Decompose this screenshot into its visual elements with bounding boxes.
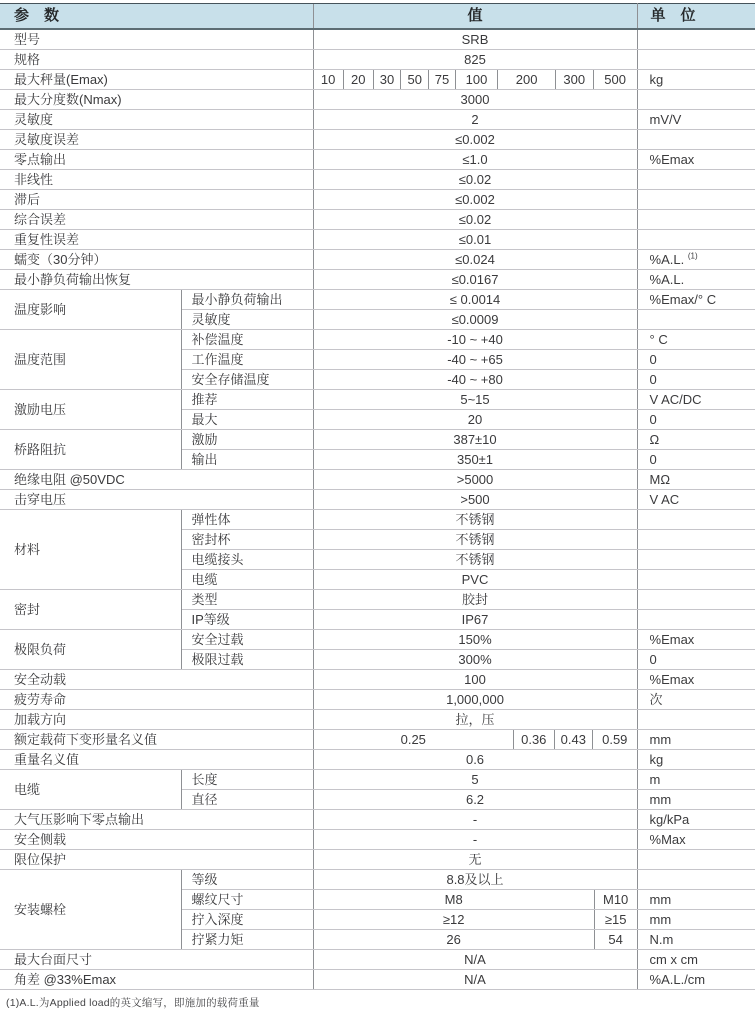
value-cell: ≤1.0 — [313, 150, 637, 170]
deflection-cells: 0.25 0.36 0.43 0.59 — [314, 730, 637, 749]
spec-row: 综合误差≤0.02 — [0, 210, 755, 230]
value-cell: - — [313, 830, 637, 850]
unit-cell: mm — [637, 910, 755, 930]
subparam-cell: IP等级 — [181, 610, 313, 630]
value-subcell: 0.25 — [314, 730, 514, 749]
value-subcell: M10 — [594, 890, 637, 909]
subparam-cell: 极限过载 — [181, 650, 313, 670]
spec-row: 安全侧载-%Max — [0, 830, 755, 850]
unit-cell: %A.L. (1) — [637, 250, 755, 270]
subparam-cell: 密封杯 — [181, 530, 313, 550]
value-subcell: 0.36 — [513, 730, 554, 749]
value-cell: ≤0.0167 — [313, 270, 637, 290]
subparam-cell: 补偿温度 — [181, 330, 313, 350]
unit-cell: mm — [637, 790, 755, 810]
unit-cell — [637, 170, 755, 190]
value-cell: 不锈钢 — [313, 530, 637, 550]
value-cell: ≤0.002 — [313, 130, 637, 150]
spec-row: 桥路阻抗激励387±10Ω — [0, 430, 755, 450]
value-subcell: 0.59 — [592, 730, 636, 749]
group-cell: 电缆 — [0, 770, 181, 810]
value-cell: 0.6 — [313, 750, 637, 770]
unit-cell: kg — [637, 70, 755, 90]
value-cell: >5000 — [313, 470, 637, 490]
spec-row: 额定载荷下变形量名义值 0.25 0.36 0.43 0.59 mm — [0, 730, 755, 750]
unit-cell — [637, 310, 755, 330]
spec-row: 滞后≤0.002 — [0, 190, 755, 210]
unit-cell — [637, 210, 755, 230]
group-cell: 密封 — [0, 590, 181, 630]
value-cell: - — [313, 810, 637, 830]
spec-row: 重量名义值0.6kg — [0, 750, 755, 770]
spec-row: 密封类型胶封 — [0, 590, 755, 610]
bolt-torque-cells: 26 54 — [314, 930, 637, 949]
unit-cell: m — [637, 770, 755, 790]
unit-cell — [637, 50, 755, 70]
subparam-cell: 灵敏度 — [181, 310, 313, 330]
value-subcell: 300 — [555, 70, 593, 89]
unit-cell: mm — [637, 730, 755, 750]
unit-cell: Ω — [637, 430, 755, 450]
value-subcell: 100 — [455, 70, 498, 89]
value-cell: 0.25 0.36 0.43 0.59 — [313, 730, 637, 750]
value-cell: 8.8及以上 — [313, 870, 637, 890]
spec-row: 温度范围补偿温度-10 ~ +40° C — [0, 330, 755, 350]
subparam-cell: 电缆接头 — [181, 550, 313, 570]
value-cell: IP67 — [313, 610, 637, 630]
unit-cell: cm x cm — [637, 950, 755, 970]
spec-row: 绝缘电阻 @50VDC>5000MΩ — [0, 470, 755, 490]
param-cell: 蠕变（30分钟） — [0, 250, 313, 270]
spec-row: 最大台面尺寸N/Acm x cm — [0, 950, 755, 970]
param-cell: 最小静负荷输出恢复 — [0, 270, 313, 290]
spec-row: 角差 @33%EmaxN/A%A.L./cm — [0, 970, 755, 990]
param-cell: 重量名义值 — [0, 750, 313, 770]
unit-cell: %A.L. — [637, 270, 755, 290]
param-cell: 绝缘电阻 @50VDC — [0, 470, 313, 490]
unit-text: %A.L. — [650, 252, 685, 267]
spec-row: 疲劳寿命1,000,000次 — [0, 690, 755, 710]
value-subcell: ≥12 — [314, 910, 594, 929]
spec-sheet-page: 参 数 值 单 位 型号SRB 规格825 最大秤量(Emax) 10 20 3… — [0, 0, 755, 1010]
value-cell: 825 — [313, 50, 637, 70]
value-cell: 26 54 — [313, 930, 637, 950]
param-cell: 安全侧载 — [0, 830, 313, 850]
group-cell: 温度范围 — [0, 330, 181, 390]
param-cell: 灵敏度误差 — [0, 130, 313, 150]
param-cell: 限位保护 — [0, 850, 313, 870]
header-param: 参 数 — [0, 4, 313, 30]
unit-cell: %Max — [637, 830, 755, 850]
param-cell: 疲劳寿命 — [0, 690, 313, 710]
spec-row: 温度影响最小静负荷输出≤ 0.0014%Emax/° C — [0, 290, 755, 310]
value-cell: PVC — [313, 570, 637, 590]
subparam-cell: 安全存储温度 — [181, 370, 313, 390]
value-subcell: 200 — [497, 70, 554, 89]
unit-cell: %Emax — [637, 630, 755, 650]
value-subcell: 20 — [343, 70, 373, 89]
value-cell: N/A — [313, 970, 637, 990]
value-subcell: ≥15 — [594, 910, 637, 929]
param-cell: 安全动载 — [0, 670, 313, 690]
param-cell: 零点输出 — [0, 150, 313, 170]
param-cell: 角差 @33%Emax — [0, 970, 313, 990]
param-cell: 规格 — [0, 50, 313, 70]
spec-row: 限位保护无 — [0, 850, 755, 870]
value-cell: ≤0.01 — [313, 230, 637, 250]
param-cell: 非线性 — [0, 170, 313, 190]
spec-table: 参 数 值 单 位 型号SRB 规格825 最大秤量(Emax) 10 20 3… — [0, 3, 755, 990]
subparam-cell: 长度 — [181, 770, 313, 790]
unit-cell: 次 — [637, 690, 755, 710]
value-cell: ≤0.002 — [313, 190, 637, 210]
unit-cell: N.m — [637, 930, 755, 950]
footnote: (1)A.L.为Applied load的英文缩写，即施加的载荷重量 — [0, 990, 755, 1010]
unit-cell: kg/kPa — [637, 810, 755, 830]
subparam-cell: 激励 — [181, 430, 313, 450]
value-cell: ≤0.0009 — [313, 310, 637, 330]
value-cell: ≤0.024 — [313, 250, 637, 270]
value-cell: -40 ~ +80 — [313, 370, 637, 390]
value-cell: 350±1 — [313, 450, 637, 470]
capacity-cells: 10 20 30 50 75 100 200 300 500 — [314, 70, 637, 89]
unit-cell: 0 — [637, 410, 755, 430]
unit-cell — [637, 710, 755, 730]
unit-cell — [637, 570, 755, 590]
value-cell: 387±10 — [313, 430, 637, 450]
param-cell: 型号 — [0, 29, 313, 50]
value-subcell: 500 — [593, 70, 637, 89]
value-subcell: M8 — [314, 890, 594, 909]
value-cell: SRB — [313, 29, 637, 50]
value-cell: M8 M10 — [313, 890, 637, 910]
unit-cell: %Emax/° C — [637, 290, 755, 310]
param-cell: 重复性误差 — [0, 230, 313, 250]
unit-cell: 0 — [637, 370, 755, 390]
value-subcell: 10 — [314, 70, 343, 89]
subparam-cell: 安全过载 — [181, 630, 313, 650]
value-cell: 300% — [313, 650, 637, 670]
value-cell: 100 — [313, 670, 637, 690]
unit-cell: kg — [637, 750, 755, 770]
unit-cell — [637, 610, 755, 630]
value-cell: ≤0.02 — [313, 210, 637, 230]
unit-cell: mV/V — [637, 110, 755, 130]
spec-row: 安装螺栓等级8.8及以上 — [0, 870, 755, 890]
unit-cell: %Emax — [637, 150, 755, 170]
spec-row: 极限负荷安全过载150%%Emax — [0, 630, 755, 650]
param-cell: 最大分度数(Nmax) — [0, 90, 313, 110]
value-subcell: 75 — [428, 70, 454, 89]
unit-cell: V AC/DC — [637, 390, 755, 410]
spec-row: 型号SRB — [0, 29, 755, 50]
spec-row: 最大分度数(Nmax)3000 — [0, 90, 755, 110]
value-cell: 不锈钢 — [313, 550, 637, 570]
value-cell: >500 — [313, 490, 637, 510]
unit-cell — [637, 850, 755, 870]
value-cell: 5 — [313, 770, 637, 790]
spec-row: 灵敏度误差≤0.002 — [0, 130, 755, 150]
subparam-cell: 弹性体 — [181, 510, 313, 530]
spec-row: 大气压影响下零点输出-kg/kPa — [0, 810, 755, 830]
value-cell: 5~15 — [313, 390, 637, 410]
subparam-cell: 直径 — [181, 790, 313, 810]
subparam-cell: 拧紧力矩 — [181, 930, 313, 950]
value-cell: 胶封 — [313, 590, 637, 610]
unit-cell: MΩ — [637, 470, 755, 490]
unit-cell: V AC — [637, 490, 755, 510]
unit-cell — [637, 550, 755, 570]
spec-row: 灵敏度2mV/V — [0, 110, 755, 130]
subparam-cell: 拧入深度 — [181, 910, 313, 930]
param-cell: 额定载荷下变形量名义值 — [0, 730, 313, 750]
bolt-depth-cells: ≥12 ≥15 — [314, 910, 637, 929]
unit-cell: ° C — [637, 330, 755, 350]
group-cell: 材料 — [0, 510, 181, 590]
bolt-size-cells: M8 M10 — [314, 890, 637, 909]
value-cell: -40 ~ +65 — [313, 350, 637, 370]
header-value: 值 — [313, 4, 637, 30]
value-cell: N/A — [313, 950, 637, 970]
unit-cell: 0 — [637, 650, 755, 670]
spec-row: 最大秤量(Emax) 10 20 30 50 75 100 200 300 50… — [0, 70, 755, 90]
value-subcell: 30 — [373, 70, 400, 89]
spec-row: 蠕变（30分钟）≤0.024%A.L. (1) — [0, 250, 755, 270]
group-cell: 激励电压 — [0, 390, 181, 430]
value-cell: 1,000,000 — [313, 690, 637, 710]
value-cell: -10 ~ +40 — [313, 330, 637, 350]
unit-cell: mm — [637, 890, 755, 910]
subparam-cell: 输出 — [181, 450, 313, 470]
subparam-cell: 等级 — [181, 870, 313, 890]
unit-cell: 0 — [637, 350, 755, 370]
unit-cell: %A.L./cm — [637, 970, 755, 990]
value-cell: 6.2 — [313, 790, 637, 810]
value-cell: 不锈钢 — [313, 510, 637, 530]
group-cell: 温度影响 — [0, 290, 181, 330]
param-cell: 击穿电压 — [0, 490, 313, 510]
unit-cell — [637, 530, 755, 550]
param-cell: 综合误差 — [0, 210, 313, 230]
value-cell: 拉，压 — [313, 710, 637, 730]
footnote-marker: (1) — [688, 252, 698, 261]
value-cell: 2 — [313, 110, 637, 130]
param-cell: 大气压影响下零点输出 — [0, 810, 313, 830]
param-cell: 灵敏度 — [0, 110, 313, 130]
unit-cell — [637, 130, 755, 150]
spec-row: 规格825 — [0, 50, 755, 70]
group-cell: 极限负荷 — [0, 630, 181, 670]
unit-cell — [637, 590, 755, 610]
subparam-cell: 最小静负荷输出 — [181, 290, 313, 310]
param-cell: 加载方向 — [0, 710, 313, 730]
header-row: 参 数 值 单 位 — [0, 4, 755, 30]
unit-cell — [637, 870, 755, 890]
param-cell: 最大台面尺寸 — [0, 950, 313, 970]
param-cell: 滞后 — [0, 190, 313, 210]
unit-cell: 0 — [637, 450, 755, 470]
value-cell: ≤ 0.0014 — [313, 290, 637, 310]
subparam-cell: 电缆 — [181, 570, 313, 590]
unit-cell: %Emax — [637, 670, 755, 690]
spec-row: 最小静负荷输出恢复≤0.0167%A.L. — [0, 270, 755, 290]
value-cell: ≥12 ≥15 — [313, 910, 637, 930]
spec-row: 安全动载100%Emax — [0, 670, 755, 690]
value-cell: 150% — [313, 630, 637, 650]
header-unit: 单 位 — [637, 4, 755, 30]
subparam-cell: 推荐 — [181, 390, 313, 410]
spec-row: 激励电压推荐5~15V AC/DC — [0, 390, 755, 410]
value-cell: 3000 — [313, 90, 637, 110]
group-cell: 安装螺栓 — [0, 870, 181, 950]
value-subcell: 50 — [400, 70, 428, 89]
unit-cell — [637, 90, 755, 110]
value-subcell: 26 — [314, 930, 594, 949]
value-subcell: 0.43 — [554, 730, 593, 749]
spec-row: 击穿电压>500V AC — [0, 490, 755, 510]
spec-row: 加载方向拉，压 — [0, 710, 755, 730]
value-cell: 无 — [313, 850, 637, 870]
value-cell: ≤0.02 — [313, 170, 637, 190]
subparam-cell: 工作温度 — [181, 350, 313, 370]
subparam-cell: 最大 — [181, 410, 313, 430]
unit-cell — [637, 510, 755, 530]
spec-row: 电缆长度5m — [0, 770, 755, 790]
value-subcell: 54 — [594, 930, 637, 949]
spec-row: 材料弹性体不锈钢 — [0, 510, 755, 530]
unit-cell — [637, 190, 755, 210]
param-cell: 最大秤量(Emax) — [0, 70, 313, 90]
value-cell: 20 — [313, 410, 637, 430]
subparam-cell: 类型 — [181, 590, 313, 610]
unit-cell — [637, 29, 755, 50]
spec-row: 零点输出≤1.0%Emax — [0, 150, 755, 170]
spec-row: 非线性≤0.02 — [0, 170, 755, 190]
subparam-cell: 螺纹尺寸 — [181, 890, 313, 910]
group-cell: 桥路阻抗 — [0, 430, 181, 470]
value-cell: 10 20 30 50 75 100 200 300 500 — [313, 70, 637, 90]
unit-cell — [637, 230, 755, 250]
spec-row: 重复性误差≤0.01 — [0, 230, 755, 250]
